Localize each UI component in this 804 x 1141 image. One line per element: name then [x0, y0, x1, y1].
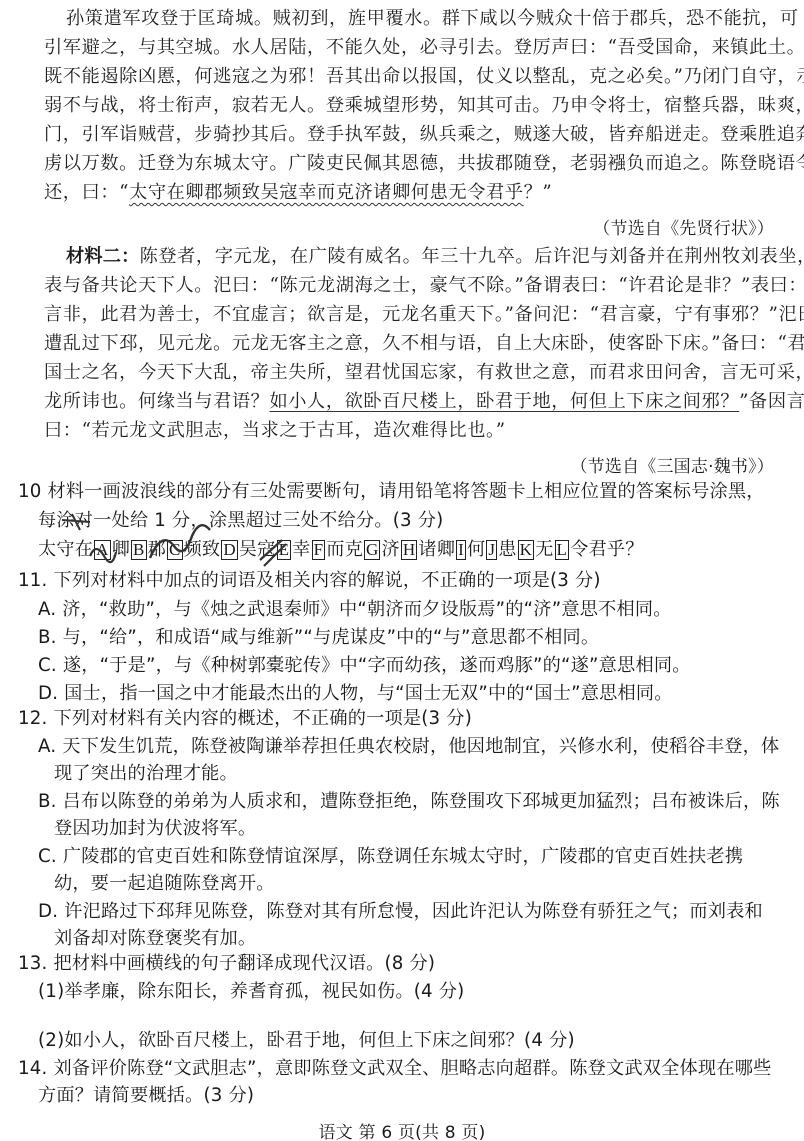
passage-text: 陈登者，字元龙，在广陵有威名。年三十九卒。后许汜与刘备并在荆州牧刘表坐，: [140, 246, 804, 267]
break-box-f[interactable]: F: [312, 540, 326, 560]
option-a: A. 天下发生饥荒，陈登被陶谦举荐担任典农校尉，他因地制宜，兴修水利，使稻谷丰登…: [38, 736, 779, 758]
break-box-e[interactable]: E: [277, 540, 292, 560]
break-box-j[interactable]: J: [486, 540, 497, 560]
question-stem-continued: 每涂对一处给 1 分，涂黑超过三处不给分。(3 分): [38, 510, 443, 532]
line-suffix: ”备因言: [739, 391, 804, 412]
break-box-h[interactable]: H: [401, 540, 417, 560]
line-prefix: 龙所讳也。何缘当与君语？: [44, 391, 269, 412]
passage-line: 孙策遣军攻登于匡琦城。贼初到，旌甲覆水。群下咸以今贼众十倍于郡兵，恐不能抗，可: [66, 8, 799, 30]
source-citation: （节选自《先贤行状》）: [593, 214, 774, 239]
passage-line: 门，引军诣贼营，步骑抄其后。登手执军鼓，纵兵乘之，贼遂大破，皆弃船迸走。登乘胜追…: [44, 124, 804, 146]
question-stem: 12. 下列对材料有关内容的概述，不正确的一项是(3 分): [18, 708, 472, 730]
passage-line: 曰：“若元龙文武胆志，当求之于古耳，造次难得比也。”: [44, 420, 506, 442]
question-stem: 11. 下列对材料中加点的词语及相关内容的解说，不正确的一项是(3 分): [18, 570, 601, 592]
break-box-b[interactable]: B: [131, 540, 147, 560]
passage-line: 弱不与战，将士衔声，寂若无人。登乘城望形势，知其可击。乃申令将士，宿整兵器，昧爽…: [44, 95, 804, 117]
passage-line: 言非，此君为善士，不宜虚言；欲言是，元龙名重天下。”备问汜：“君言豪，宁有事邪？…: [44, 304, 804, 326]
option-b: B. 与，“给”，和成语“咸与维新”“与虎谋皮”中的“与”意思都不相同。: [38, 627, 599, 649]
question-stem: 14. 刘备评价陈登“文武胆志”，意即陈登文武双全、胆略志向超群。陈登文武双全体…: [18, 1058, 771, 1080]
sub-question-1: (1)举孝廉，除东阳长，养耆育孤，视民如伤。(4 分): [38, 981, 464, 1003]
option-b: B. 吕布以陈登的弟弟为人质求和，遭陈登拒绝，陈登围攻下邳城更加猛烈；吕布被诛后…: [38, 791, 780, 813]
option-a-continued: 现了突出的治理才能。: [54, 763, 238, 785]
question-stem-continued: 方面？请简要概括。(3 分): [38, 1085, 254, 1107]
material-label: 材料二：: [66, 246, 140, 267]
option-a: A. 济，“救助”，与《烛之武退秦师》中“朝济而夕设版焉”的“济”意思不相同。: [38, 599, 672, 621]
passage-line: 材料二：陈登者，字元龙，在广陵有威名。年三十九卒。后许汜与刘备并在荆州牧刘表坐，: [66, 246, 804, 268]
break-box-k[interactable]: K: [518, 540, 534, 560]
option-c: C. 广陵郡的官吏百姓和陈登情谊深厚，陈登调任东城太守时，广陵郡的官吏百姓扶老携: [38, 846, 743, 868]
passage-line: 表与备共论天下人。汜曰：“陈元龙湖海之士，豪气不除。”备谓表曰：“许君论是非？”…: [44, 275, 804, 297]
passage-line: 既不能遏除凶慝，何逃寇之为邪！吾其出命以报国，仗义以整乱，克之必矣。”乃闭门自守…: [44, 66, 804, 88]
break-box-g[interactable]: G: [364, 540, 380, 560]
break-box-c[interactable]: C: [167, 540, 183, 560]
passage-line: 虏以万数。迁登为东城太守。广陵吏民佩其恩德，共拔郡随登，老弱襁负而追之。陈登晓语…: [44, 153, 804, 175]
break-box-l[interactable]: L: [555, 540, 570, 560]
break-box-d[interactable]: D: [221, 540, 237, 560]
break-box-i[interactable]: I: [456, 540, 466, 560]
question-stem: 13. 把材料中画横线的句子翻译成现代汉语。(8 分): [18, 953, 435, 975]
passage-line: 引军避之，与其空城。水人居陆，不能久处，必寻引去。登厉声曰：“吾受国命，来镇此土…: [44, 37, 804, 59]
passage-line-underlined: 龙所讳也。何缘当与君语？如小人，欲卧百尺楼上，卧君于地，何但上下床之间邪？”备因…: [44, 391, 804, 413]
passage-line: 国士之名，今天下大乱，帝主失所，望君忧国忘家，有救世之意，而君求田问舍，言无可采…: [44, 362, 804, 384]
wavy-underlined-sentence: 太守在卿郡频致吴寇幸而克济诸卿何患无令君乎: [129, 182, 524, 203]
underlined-sentence: 如小人，欲卧百尺楼上，卧君于地，何但上下床之间邪？: [269, 391, 739, 412]
option-d-continued: 刘备却对陈登褒奖有加。: [54, 928, 256, 950]
sub-question-2: (2)如小人，欲卧百尺楼上，卧君于地，何但上下床之间邪？(4 分): [38, 1030, 575, 1052]
passage-line-wavy: 还，曰：“太守在卿郡频致吴寇幸而克济诸卿何患无令君乎？”: [44, 182, 552, 204]
option-b-continued: 登因功加封为伏波将军。: [54, 818, 256, 840]
passage-line: 遭乱过下邳，见元龙。元龙无客主之意，久不相与语，自上大床卧，使客卧下床。”备曰：…: [44, 333, 804, 355]
source-citation: （节选自《三国志·魏书》）: [570, 452, 774, 477]
exam-page: 孙策遣军攻登于匡琦城。贼初到，旌甲覆水。群下咸以今贼众十倍于郡兵，恐不能抗，可 …: [0, 0, 804, 1141]
line-suffix: ？”: [524, 182, 553, 203]
sentence-break-options: 太守在A卿B郡C频致D吴寇E幸F而克G济H诸卿I何J患K无L令君乎？: [38, 539, 644, 561]
option-d: D. 许汜路过下邳拜见陈登，陈登对其有所怠慢，因此许汜认为陈登有骄狂之气；而刘表…: [38, 901, 763, 923]
question-stem: 10 材料一画波浪线的部分有三处需要断句，请用铅笔将答题卡上相应位置的答案标号涂…: [18, 481, 765, 503]
option-c: C. 遂，“于是”，与《种树郭橐驼传》中“字而幼孩，遂而鸡豚”的“遂”意思相同。: [38, 655, 691, 677]
line-prefix: 还，曰：“: [44, 182, 129, 203]
page-footer: 语文 第 6 页(共 8 页): [0, 1118, 804, 1141]
option-c-continued: 幼，要一起追随陈登离开。: [54, 873, 275, 895]
break-box-a[interactable]: A: [94, 540, 110, 560]
option-d: D. 国士，指一国之中才能最杰出的人物，与“国士无双”中的“国士”意思相同。: [38, 683, 673, 705]
